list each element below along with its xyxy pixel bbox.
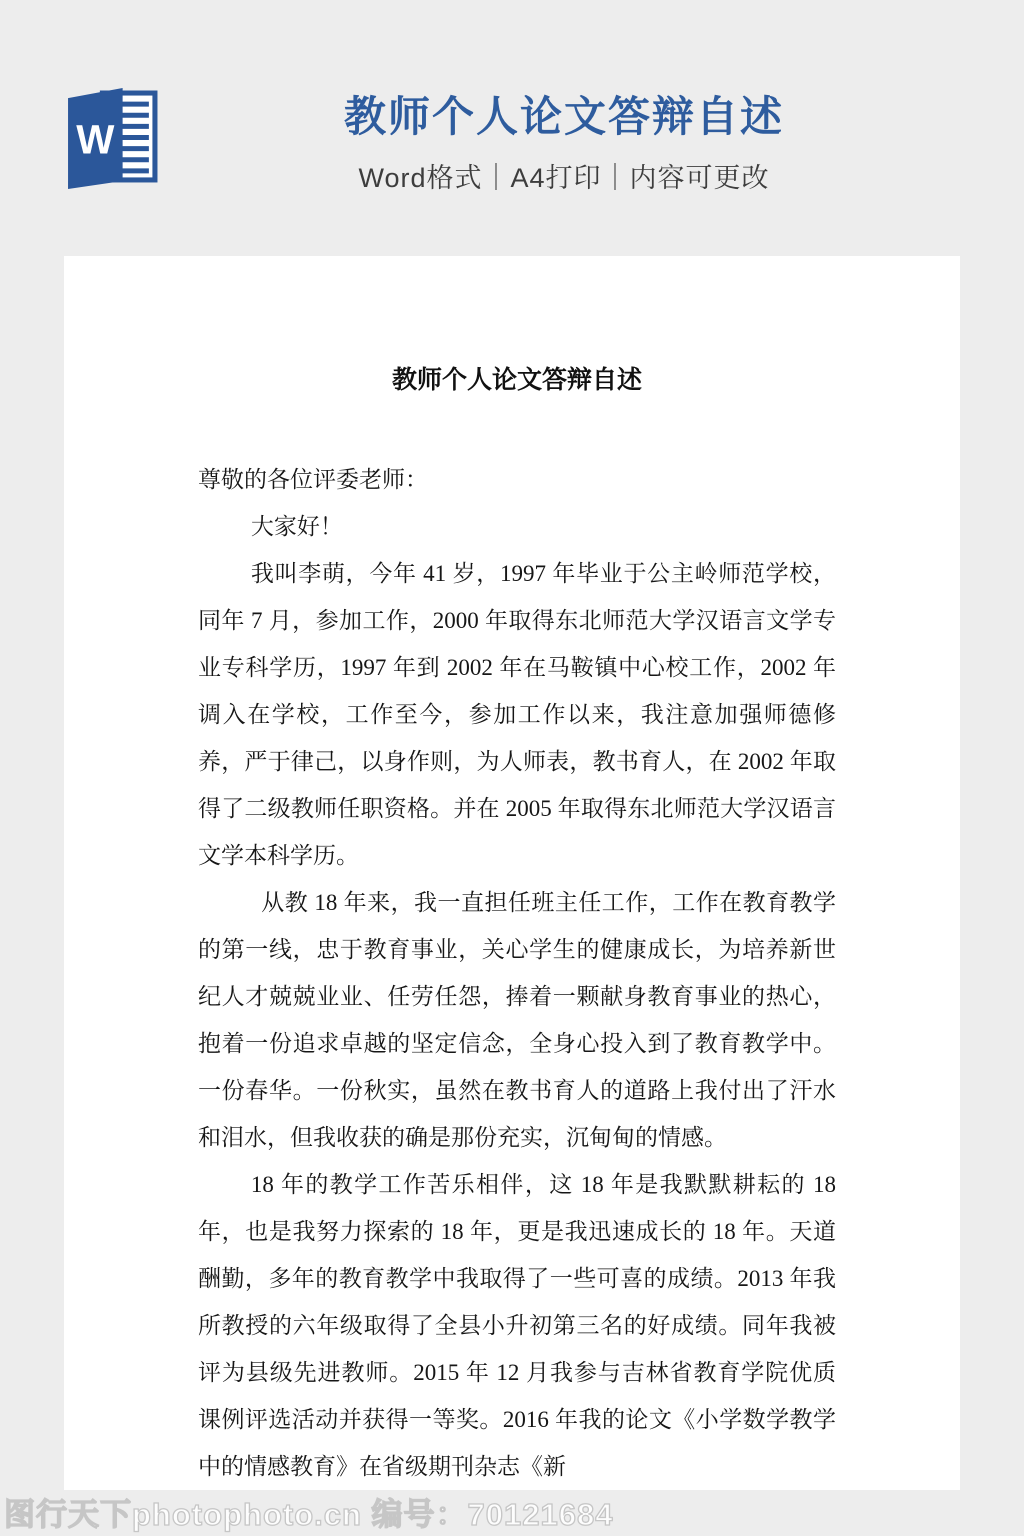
header-titles: 教师个人论文答辩自述 Word格式｜A4打印｜内容可更改: [0, 94, 1024, 195]
salutation-line: 尊敬的各位评委老师：: [198, 456, 836, 503]
paragraph-1: 我叫李萌，今年 41 岁，1997 年毕业于公主岭师范学校，同年 7 月，参加工…: [198, 550, 836, 879]
document-title: 教师个人论文答辩自述: [198, 366, 836, 396]
watermark: 图行天下photophoto.cn 编号：70121684: [4, 1489, 613, 1534]
header: W 教师个人论文答辩自述 Word格式｜A4打印｜内容可更改: [0, 0, 1024, 256]
document-page: 教师个人论文答辩自述 尊敬的各位评委老师： 大家好！ 我叫李萌，今年 41 岁，…: [64, 256, 960, 1490]
paragraph-3: 18 年的教学工作苦乐相伴，这 18 年是我默默耕耘的 18 年，也是我努力探索…: [198, 1161, 836, 1490]
template-subtitle: Word格式｜A4打印｜内容可更改: [104, 156, 1024, 195]
template-title: 教师个人论文答辩自述: [104, 94, 1024, 140]
paragraph-2: 从教 18 年来，我一直担任班主任工作，工作在教育教学的第一线，忠于教育事业，关…: [198, 879, 836, 1161]
greeting-line: 大家好！: [198, 503, 836, 550]
